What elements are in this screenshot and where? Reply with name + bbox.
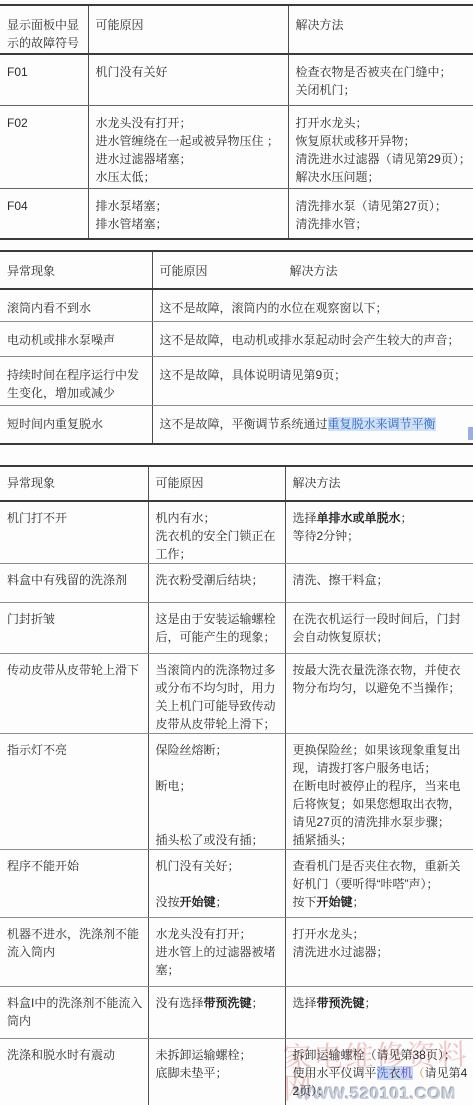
cell-solution: 清洗排水泵（请见第27页）； 清洗排水管；: [288, 188, 473, 239]
header-cause: 可能原因: [88, 5, 288, 54]
cell-solution: 在洗衣机运行一段时间后，门封会自动恢复原状；: [285, 603, 473, 654]
table-row: 门封折皱 这是由于安装运输螺栓后，可能产生的现象； 在洗衣机运行一段时间后，门封…: [0, 603, 473, 654]
cell-phenomenon: 门封折皱: [0, 603, 148, 654]
header-solution: 解决方法: [288, 5, 473, 54]
fault-code: F01: [0, 54, 88, 105]
cell-cause: 机门没有关好: [88, 54, 288, 105]
table-row: 滚筒内看不到水 这不是故障，滚筒内的水位在观察窗以下；: [0, 289, 473, 321]
cell-phenomenon: 电动机或排水泵噪声: [0, 321, 152, 356]
cell-cause: 保险丝熔断； 断电； 插头松了或没有插；: [148, 734, 285, 850]
header-cause-solution: 可能原因解决方法: [152, 251, 473, 289]
header-cause: 可能原因: [160, 262, 290, 280]
table-row: 持续时间在程序运行中发生变化，增加或减少 这不是故障，具体说明请见第9页；: [0, 356, 473, 405]
fault-code: F02: [0, 105, 88, 188]
header-cause: 可能原因: [148, 466, 285, 501]
cell-cause: 洗衣粉受潮后结块；: [148, 564, 285, 603]
cell-phenomenon: 短时间内重复脱水: [0, 405, 152, 444]
phenomena-table: 异常现象 可能原因解决方法 滚筒内看不到水 这不是故障，滚筒内的水位在观察窗以下…: [0, 250, 473, 445]
cell-phenomenon: 滚筒内看不到水: [0, 289, 152, 321]
cell-explanation: 这不是故障，具体说明请见第9页；: [152, 356, 473, 405]
cell-solution: 拆卸运输螺栓（请见第38页）； 使用水平仪调平洗衣机（请见第42页）；: [285, 1039, 473, 1105]
cell-phenomenon: 机器不进水，洗涤剂不能流入筒内: [0, 918, 148, 987]
table-row: 机门打不开 机内有水； 洗衣机的安全门锁正在工作； 选择单排水或单脱水； 等待2…: [0, 501, 473, 564]
table-row-f02: F02 水龙头没有打开； 进水管缠绕在一起或被异物压住 ； 进水过滤器堵塞； 水…: [0, 105, 473, 188]
troubleshooting-table: 异常现象 可能原因 解决方法 机门打不开 机内有水； 洗衣机的安全门锁正在工作；…: [0, 465, 473, 1105]
table-row-f01: F01 机门没有关好 检查衣物是否被夹在门缝中； 关闭机门；: [0, 54, 473, 105]
cell-phenomenon: 料盒I中的洗涤剂不能流入筒内: [0, 987, 148, 1039]
cell-solution: 按最大洗衣量洗涤衣物，并使衣物分布均匀，以避免不当操作；: [285, 654, 473, 734]
table-row: 电动机或排水泵噪声 这不是故障，电动机或排水泵起动时会产生较大的声音；: [0, 321, 473, 356]
header-solution: 解决方法: [285, 466, 473, 501]
cell-phenomenon: 程序不能开始: [0, 850, 148, 918]
cell-explanation: 这不是故障，电动机或排水泵起动时会产生较大的声音；: [152, 321, 473, 356]
cell-phenomenon: 洗涤和脱水时有震动: [0, 1039, 148, 1105]
cell-phenomenon: 传动皮带从皮带轮上滑下: [0, 654, 148, 734]
cell-solution: 选择单排水或单脱水； 等待2分钟；: [285, 501, 473, 564]
table-row: 短时间内重复脱水 这不是故障，平衡调节系统通过重复脱水来调节平衡: [0, 405, 473, 444]
cell-cause: 这是由于安装运输螺栓后，可能产生的现象；: [148, 603, 285, 654]
table-row: 料盒中有残留的洗涤剂 洗衣粉受潮后结块； 清洗、擦干料盒；: [0, 564, 473, 603]
header-phenomenon: 异常现象: [0, 466, 148, 501]
fault-code: F04: [0, 188, 88, 239]
cell-solution: 选择带预洗键；: [285, 987, 473, 1039]
cell-cause: 当滚筒内的洗涤物过多或分布不均匀时，用力关上机门可能导致传动皮带从皮带轮上滑下；: [148, 654, 285, 734]
table-row-f04: F04 排水泵堵塞； 排水管堵塞； 清洗排水泵（请见第27页）； 清洗排水管；: [0, 188, 473, 239]
cell-explanation: 这不是故障，平衡调节系统通过重复脱水来调节平衡: [152, 405, 473, 444]
fault-code-table: 显示面板中显示的故障符号 可能原因 解决方法 F01 机门没有关好 检查衣物是否…: [0, 4, 473, 240]
cell-explanation: 这不是故障，滚筒内的水位在观察窗以下；: [152, 289, 473, 321]
cell-cause: 水龙头没有打开； 进水管上的过滤器被堵塞；: [148, 918, 285, 987]
cell-phenomenon: 持续时间在程序运行中发生变化，增加或减少: [0, 356, 152, 405]
cell-cause: 机门没有关好； 没按开始键；: [148, 850, 285, 918]
trouble-header-row: 异常现象 可能原因 解决方法: [0, 466, 473, 501]
table-row: 洗涤和脱水时有震动 未拆卸运输螺栓； 底脚未垫平； 拆卸运输螺栓（请见第38页）…: [0, 1039, 473, 1105]
cell-cause: 未拆卸运输螺栓； 底脚未垫平；: [148, 1039, 285, 1105]
cell-phenomenon: 指示灯不亮: [0, 734, 148, 850]
fault-table-header-row: 显示面板中显示的故障符号 可能原因 解决方法: [0, 5, 473, 54]
manual-troubleshooting-page: 家电维修资料网 WWW.520101.COM 显示面板中显示的故障符号 可能原因…: [0, 0, 473, 1105]
table-row: 指示灯不亮 保险丝熔断； 断电； 插头松了或没有插； 更换保险丝；如果该现象重复…: [0, 734, 473, 850]
cell-cause: 水龙头没有打开； 进水管缠绕在一起或被异物压住 ； 进水过滤器堵塞； 水压太低；: [88, 105, 288, 188]
cell-solution: 查看机门是否夹住衣物，重新关好机门（要听得“咔嗒”声）； 按下开始键；: [285, 850, 473, 918]
cell-solution: 检查衣物是否被夹在门缝中； 关闭机门；: [288, 54, 473, 105]
table-row: 机器不进水，洗涤剂不能流入筒内 水龙头没有打开； 进水管上的过滤器被堵塞； 打开…: [0, 918, 473, 987]
cell-solution: 打开水龙头； 恢复原状或移开异物； 清洗进水过滤器（请见第29页）； 解决水压问…: [288, 105, 473, 188]
cell-phenomenon: 料盒中有残留的洗涤剂: [0, 564, 148, 603]
table-row: 传动皮带从皮带轮上滑下 当滚筒内的洗涤物过多或分布不均匀时，用力关上机门可能导致…: [0, 654, 473, 734]
table-row: 程序不能开始 机门没有关好； 没按开始键； 查看机门是否夹住衣物，重新关好机门（…: [0, 850, 473, 918]
cell-cause: 机内有水； 洗衣机的安全门锁正在工作；: [148, 501, 285, 564]
header-solution: 解决方法: [290, 264, 338, 278]
cell-solution: 打开水龙头； 清洗进水过滤器；: [285, 918, 473, 987]
cell-phenomenon: 机门打不开: [0, 501, 148, 564]
cell-solution: 更换保险丝；如果该现象重复出现，请拨打客户服务电话； 在断电时被停止的程序，当来…: [285, 734, 473, 850]
phenomena-header-row: 异常现象 可能原因解决方法: [0, 251, 473, 289]
cell-solution: 清洗、擦干料盒；: [285, 564, 473, 603]
cell-cause: 没有选择带预洗键；: [148, 987, 285, 1039]
header-fault-symbol: 显示面板中显示的故障符号: [0, 5, 88, 54]
cell-cause: 排水泵堵塞； 排水管堵塞；: [88, 188, 288, 239]
header-phenomenon: 异常现象: [0, 251, 152, 289]
table-row: 料盒I中的洗涤剂不能流入筒内 没有选择带预洗键； 选择带预洗键；: [0, 987, 473, 1039]
